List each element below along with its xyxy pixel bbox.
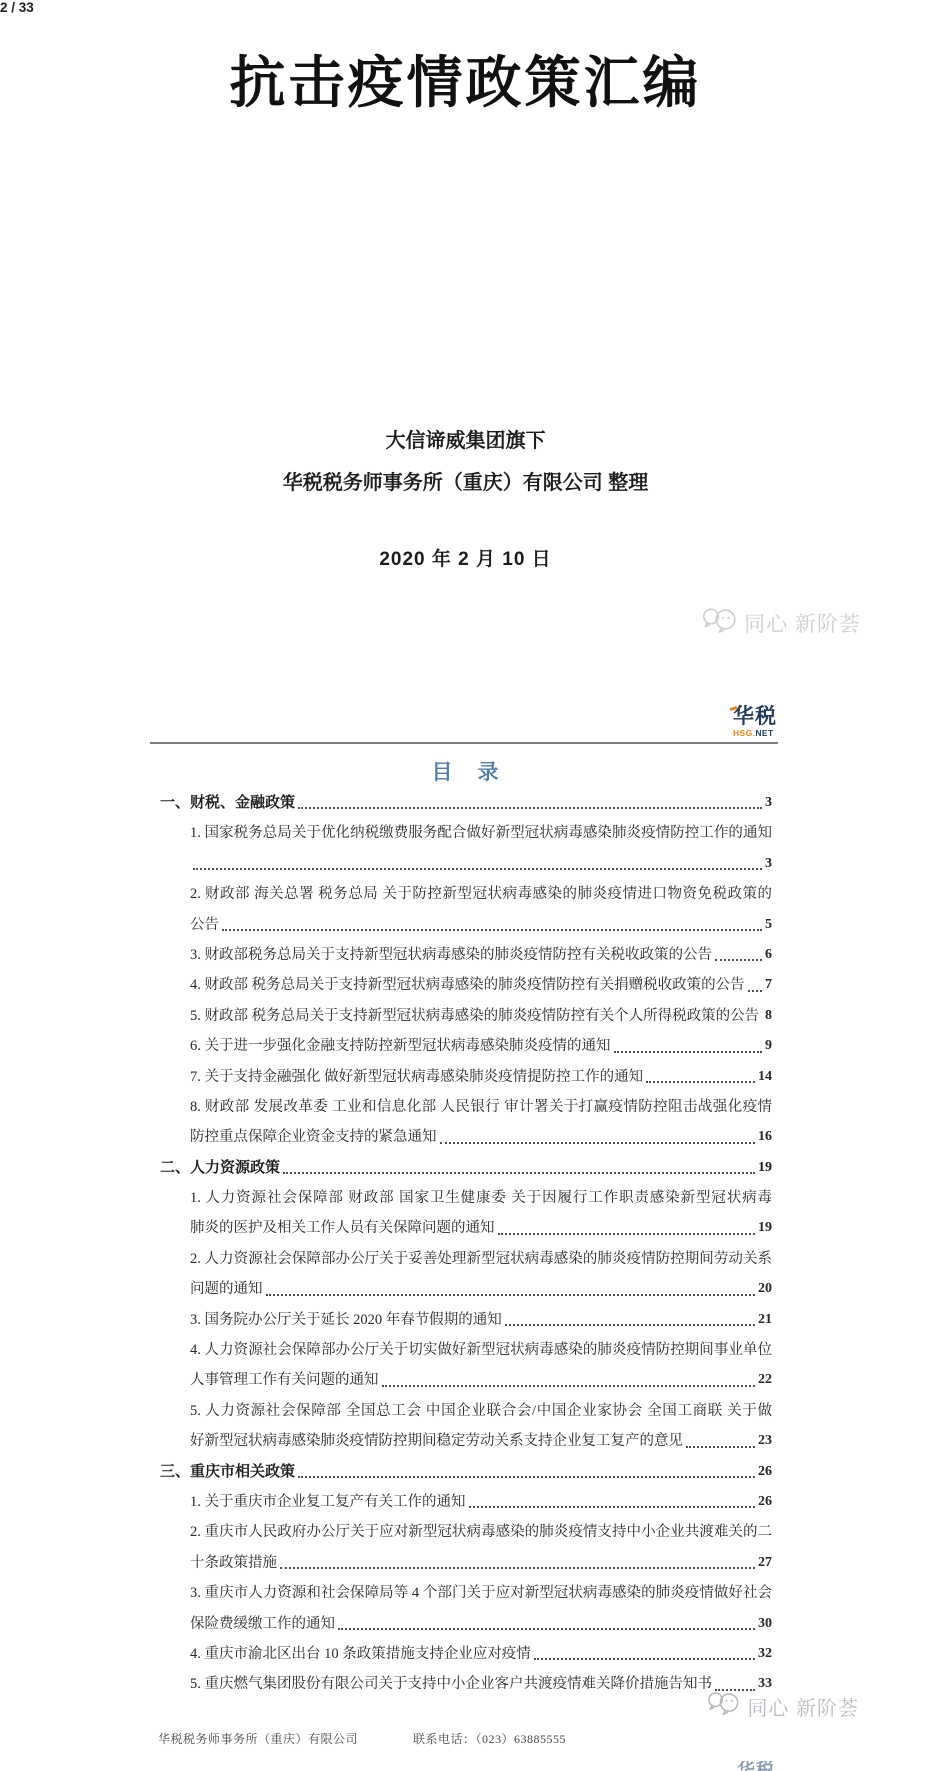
toc-dotted-leader <box>222 929 762 931</box>
toc-entry-text: 保险费缓缴工作的通知 <box>190 1609 335 1639</box>
watermark-bottom: 同心 新阶荟 <box>706 1690 859 1722</box>
toc-section-row: 三、重庆市相关政策26 <box>160 1457 772 1487</box>
toc-page-number: 5 <box>765 910 772 940</box>
toc-entry-text: 3. 财政部税务总局关于支持新型冠状病毒感染的肺炎疫情防控有关税收政策的公告 <box>190 940 712 970</box>
toc-page-number: 3 <box>765 788 772 818</box>
toc-page-number: 19 <box>758 1153 772 1183</box>
watermark-top: 同心 新阶荟 <box>701 606 861 640</box>
toc-entry-row: 好新型冠状病毒感染肺炎疫情防控期间稳定劳动关系支持企业复工复产的意见23 <box>160 1426 772 1456</box>
logo-domain-left: HSG. <box>733 728 755 738</box>
toc-entry-row: 1. 关于重庆市企业复工复产有关工作的通知26 <box>160 1487 772 1517</box>
toc-page-number: 26 <box>758 1457 772 1487</box>
toc-entry-text: 公告 <box>190 910 219 940</box>
toc-dotted-leader <box>646 1081 755 1083</box>
toc-entry-text: 二、人力资源政策 <box>160 1153 280 1183</box>
toc-entry-row: 1. 国家税务总局关于优化纳税缴费服务配合做好新型冠状病毒感染肺炎疫情防控工作的… <box>160 818 772 848</box>
toc-entry-text: 3. 重庆市人力资源和社会保障局等 4 个部门关于应对新型冠状病毒感染的肺炎疫情… <box>190 1578 772 1608</box>
toc-entry-row: 肺炎的医护及相关工作人员有关保障问题的通知19 <box>160 1213 772 1243</box>
toc-page-number: 21 <box>758 1305 772 1335</box>
cover-org-line1: 大信谛威集团旗下 <box>0 424 931 453</box>
next-page-logo-fragment: 华税 <box>737 1761 775 1771</box>
toc-entry-row: 4. 财政部 税务总局关于支持新型冠状病毒感染的肺炎疫情防控有关捐赠税收政策的公… <box>160 970 772 1000</box>
toc-entry-text: 1. 关于重庆市企业复工复产有关工作的通知 <box>190 1487 466 1517</box>
toc-dotted-leader <box>686 1446 755 1448</box>
hsg-logo: 华税 HSG.NET <box>733 706 785 738</box>
toc-list: 一、财税、金融政策31. 国家税务总局关于优化纳税缴费服务配合做好新型冠状病毒感… <box>160 788 772 1700</box>
toc-page-number: 32 <box>758 1639 772 1669</box>
toc-page-number: 22 <box>758 1365 772 1395</box>
toc-dotted-leader <box>440 1142 756 1144</box>
toc-entry-row: 4. 重庆市渝北区出台 10 条政策措施支持企业应对疫情32 <box>160 1639 772 1669</box>
toc-entry-text: 2. 重庆市人民政府办公厅关于应对新型冠状病毒感染的肺炎疫情支持中小企业共渡难关… <box>190 1517 772 1547</box>
footer-page-indicator: 2 / 33 <box>0 0 931 15</box>
toc-section-row: 二、人力资源政策19 <box>160 1153 772 1183</box>
header-rule-line <box>150 742 778 744</box>
toc-entry-text: 肺炎的医护及相关工作人员有关保障问题的通知 <box>190 1213 495 1243</box>
toc-dotted-leader <box>534 1658 755 1660</box>
toc-page-number: 30 <box>758 1609 772 1639</box>
toc-entry-row: 1. 人力资源社会保障部 财政部 国家卫生健康委 关于因履行工作职责感染新型冠状… <box>160 1183 772 1213</box>
logo-cn-text: 华税 <box>733 705 777 728</box>
toc-entry-row: 6. 关于进一步强化金融支持防控新型冠状病毒感染肺炎疫情的通知9 <box>160 1031 772 1061</box>
toc-entry-row: 3. 重庆市人力资源和社会保障局等 4 个部门关于应对新型冠状病毒感染的肺炎疫情… <box>160 1578 772 1608</box>
toc-entry-row: 保险费缓缴工作的通知30 <box>160 1609 772 1639</box>
toc-entry-text: 2. 财政部 海关总署 税务总局 关于防控新型冠状病毒感染的肺炎疫情进口物资免税… <box>190 879 772 909</box>
cover-org-line2: 华税税务师事务所（重庆）有限公司 整理 <box>0 466 931 495</box>
toc-dotted-leader <box>614 1051 763 1053</box>
toc-page-number: 20 <box>758 1274 772 1304</box>
toc-page-number: 6 <box>765 940 772 970</box>
toc-page-number: 9 <box>765 1031 772 1061</box>
toc-entry-row: 5. 财政部 税务总局关于支持新型冠状病毒感染的肺炎疫情防控有关个人所得税政策的… <box>160 1001 772 1031</box>
toc-entry-text: 5. 财政部 税务总局关于支持新型冠状病毒感染的肺炎疫情防控有关个人所得税政策的… <box>190 1001 759 1031</box>
toc-entry-row: 2. 人力资源社会保障部办公厅关于妥善处理新型冠状病毒感染的肺炎疫情防控期间劳动… <box>160 1244 772 1274</box>
toc-dotted-leader <box>266 1294 756 1296</box>
toc-dotted-leader <box>193 868 762 870</box>
hsg-logo-domain: HSG.NET <box>733 729 785 738</box>
toc-entry-text: 7. 关于支持金融强化 做好新型冠状病毒感染肺炎疫情提防控工作的通知 <box>190 1062 643 1092</box>
toc-entry-text: 6. 关于进一步强化金融支持防控新型冠状病毒感染肺炎疫情的通知 <box>190 1031 611 1061</box>
toc-dotted-leader <box>298 1476 755 1478</box>
cover-date: 2020 年 2 月 10 日 <box>0 544 931 571</box>
toc-dotted-leader <box>280 1567 755 1569</box>
toc-entry-row: 5. 重庆燃气集团股份有限公司关于支持中小企业客户共渡疫情难关降价措施告知书33 <box>160 1669 772 1699</box>
chat-bubbles-icon <box>706 1690 740 1722</box>
footer-company: 华税税务师事务所（重庆）有限公司 <box>158 1730 358 1747</box>
toc-page-number: 16 <box>758 1122 772 1152</box>
toc-dotted-leader <box>748 990 762 992</box>
toc-entry-text: 人事管理工作有关问题的通知 <box>190 1365 379 1395</box>
logo-domain-right: NET <box>755 728 773 738</box>
toc-dotted-leader <box>469 1506 756 1508</box>
toc-entry-text: 4. 重庆市渝北区出台 10 条政策措施支持企业应对疫情 <box>190 1639 531 1669</box>
toc-entry-text: 3. 国务院办公厅关于延长 2020 年春节假期的通知 <box>190 1305 502 1335</box>
hsg-logo-name: 华税 <box>733 706 785 727</box>
toc-dotted-leader <box>715 959 762 961</box>
toc-entry-row: 5. 人力资源社会保障部 全国总工会 中国企业联合会/中国企业家协会 全国工商联… <box>160 1396 772 1426</box>
document-title: 抗击疫情政策汇编 <box>0 48 931 118</box>
toc-entry-row: 4. 人力资源社会保障部办公厅关于切实做好新型冠状病毒感染的肺炎疫情防控期间事业… <box>160 1335 772 1365</box>
toc-page-number: 8 <box>765 1001 772 1031</box>
toc-entry-text: 十条政策措施 <box>190 1548 277 1578</box>
toc-entry-row: 防控重点保障企业资金支持的紧急通知16 <box>160 1122 772 1152</box>
toc-section-row: 一、财税、金融政策3 <box>160 788 772 818</box>
toc-entry-row: 2. 重庆市人民政府办公厅关于应对新型冠状病毒感染的肺炎疫情支持中小企业共渡难关… <box>160 1517 772 1547</box>
toc-entry-row: 十条政策措施27 <box>160 1548 772 1578</box>
toc-entry-text: 三、重庆市相关政策 <box>160 1457 295 1487</box>
toc-entry-text: 问题的通知 <box>190 1274 263 1304</box>
toc-entry-text: 防控重点保障企业资金支持的紧急通知 <box>190 1122 437 1152</box>
toc-entry-text: 一、财税、金融政策 <box>160 788 295 818</box>
toc-entry-text: 1. 国家税务总局关于优化纳税缴费服务配合做好新型冠状病毒感染肺炎疫情防控工作的… <box>190 818 772 848</box>
toc-dotted-leader <box>505 1324 755 1326</box>
toc-entry-row: 8. 财政部 发展改革委 工业和信息化部 人民银行 审计署关于打赢疫情防控阻击战… <box>160 1092 772 1122</box>
toc-entry-row: 3. 国务院办公厅关于延长 2020 年春节假期的通知21 <box>160 1305 772 1335</box>
toc-entry-text: 1. 人力资源社会保障部 财政部 国家卫生健康委 关于因履行工作职责感染新型冠状… <box>190 1183 772 1213</box>
toc-entry-row: 2. 财政部 海关总署 税务总局 关于防控新型冠状病毒感染的肺炎疫情进口物资免税… <box>160 879 772 909</box>
toc-entry-text: 2. 人力资源社会保障部办公厅关于妥善处理新型冠状病毒感染的肺炎疫情防控期间劳动… <box>190 1244 772 1274</box>
toc-dotted-leader <box>298 807 762 809</box>
toc-entry-row: 7. 关于支持金融强化 做好新型冠状病毒感染肺炎疫情提防控工作的通知14 <box>160 1062 772 1092</box>
toc-page-number: 7 <box>765 970 772 1000</box>
toc-dotted-leader <box>283 1172 755 1174</box>
toc-page-number: 14 <box>758 1062 772 1092</box>
toc-page-number: 27 <box>758 1548 772 1578</box>
footer-phone: 联系电话：（023）63885555 <box>413 1730 566 1747</box>
toc-entry-row: 3. 财政部税务总局关于支持新型冠状病毒感染的肺炎疫情防控有关税收政策的公告6 <box>160 940 772 970</box>
toc-entry-text: 4. 人力资源社会保障部办公厅关于切实做好新型冠状病毒感染的肺炎疫情防控期间事业… <box>190 1335 772 1365</box>
toc-page-number: 3 <box>765 849 772 879</box>
toc-entry-row: 公告5 <box>160 910 772 940</box>
toc-page-number: 19 <box>758 1213 772 1243</box>
toc-page-number: 23 <box>758 1426 772 1456</box>
toc-dotted-leader <box>338 1628 755 1630</box>
toc-dotted-leader <box>382 1385 756 1387</box>
watermark-text: 同心 新阶荟 <box>747 1692 859 1721</box>
watermark-text: 同心 新阶荟 <box>744 608 861 638</box>
toc-page-number: 26 <box>758 1487 772 1517</box>
toc-entry-text: 好新型冠状病毒感染肺炎疫情防控期间稳定劳动关系支持企业复工复产的意见 <box>190 1426 683 1456</box>
toc-entry-row: 问题的通知20 <box>160 1274 772 1304</box>
toc-entry-text: 4. 财政部 税务总局关于支持新型冠状病毒感染的肺炎疫情防控有关捐赠税收政策的公… <box>190 970 745 1000</box>
toc-heading: 目 录 <box>160 756 772 786</box>
toc-dotted-leader <box>498 1233 756 1235</box>
toc-entry-row: 3 <box>160 849 772 879</box>
toc-entry-text: 8. 财政部 发展改革委 工业和信息化部 人民银行 审计署关于打赢疫情防控阻击战… <box>190 1092 772 1122</box>
toc-entry-row: 人事管理工作有关问题的通知22 <box>160 1365 772 1395</box>
document-screenshot: 抗击疫情政策汇编 大信谛威集团旗下 华税税务师事务所（重庆）有限公司 整理 20… <box>0 0 931 1771</box>
toc-entry-text: 5. 重庆燃气集团股份有限公司关于支持中小企业客户共渡疫情难关降价措施告知书 <box>190 1669 712 1699</box>
toc-entry-text: 5. 人力资源社会保障部 全国总工会 中国企业联合会/中国企业家协会 全国工商联… <box>190 1396 772 1426</box>
chat-bubbles-icon <box>701 606 737 640</box>
